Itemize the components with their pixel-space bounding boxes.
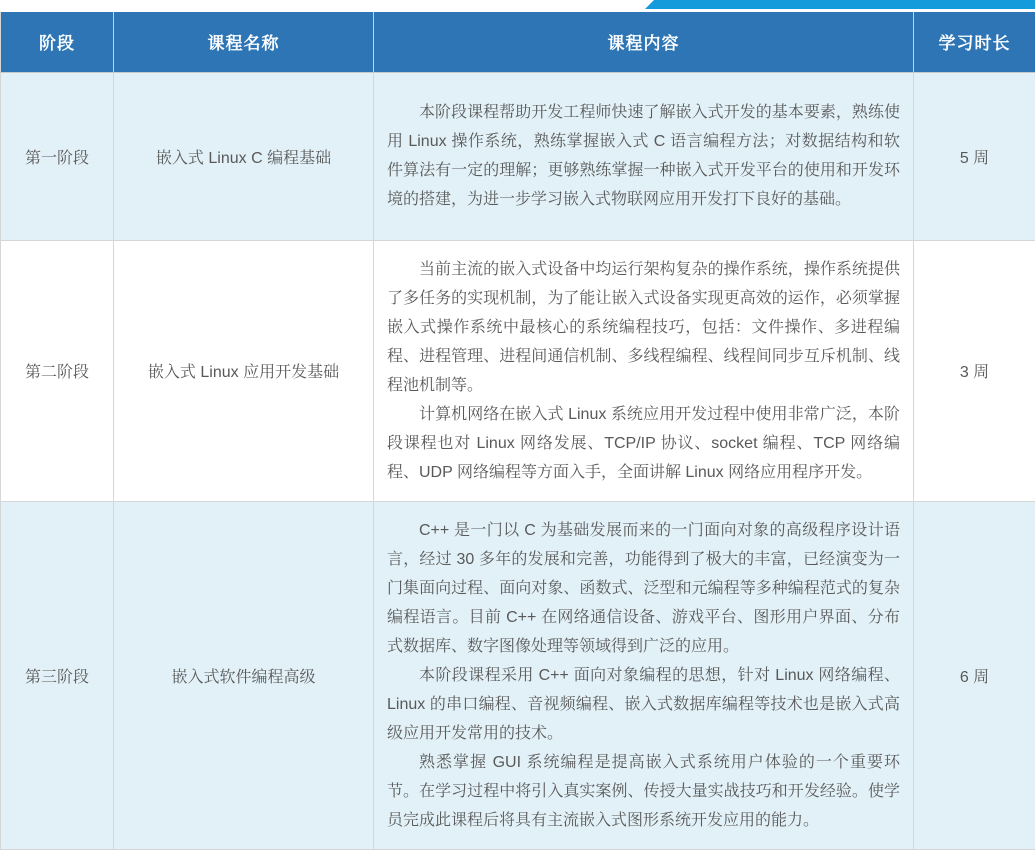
stage-cell: 第一阶段 — [1, 72, 114, 240]
stage-cell: 第二阶段 — [1, 240, 114, 501]
course-name-cell: 嵌入式软件编程高级 — [114, 501, 374, 849]
course-content-cell: C++ 是一门以 C 为基础发展而来的一门面向对象的高级程序设计语言，经过 30… — [374, 501, 914, 849]
course-name-cell: 嵌入式 Linux 应用开发基础 — [114, 240, 374, 501]
header-course-name: 课程名称 — [114, 12, 374, 72]
header-duration: 学习时长 — [914, 12, 1035, 72]
course-content-cell: 当前主流的嵌入式设备中均运行架构复杂的操作系统，操作系统提供了多任务的实现机制，… — [374, 240, 914, 501]
course-schedule-page: 阶段 课程名称 课程内容 学习时长 第一阶段 嵌入式 Linux C 编程基础 … — [0, 0, 1035, 782]
table-row: 第一阶段 嵌入式 Linux C 编程基础 本阶段课程帮助开发工程师快速了解嵌入… — [1, 72, 1035, 240]
duration-cell: 6 周 — [914, 501, 1035, 849]
table-header-row: 阶段 课程名称 课程内容 学习时长 — [1, 12, 1035, 72]
header-course-content: 课程内容 — [374, 12, 914, 72]
content-paragraph: C++ 是一门以 C 为基础发展而来的一门面向对象的高级程序设计语言，经过 30… — [387, 516, 900, 661]
duration-cell: 3 周 — [914, 240, 1035, 501]
content-paragraph: 本阶段课程采用 C++ 面向对象编程的思想，针对 Linux 网络编程、Linu… — [387, 661, 900, 748]
content-paragraph: 计算机网络在嵌入式 Linux 系统应用开发过程中使用非常广泛，本阶段课程也对 … — [387, 400, 900, 487]
top-strip — [0, 0, 1035, 12]
table-row: 第三阶段 嵌入式软件编程高级 C++ 是一门以 C 为基础发展而来的一门面向对象… — [1, 501, 1035, 849]
course-table: 阶段 课程名称 课程内容 学习时长 第一阶段 嵌入式 Linux C 编程基础 … — [0, 12, 1035, 850]
header-stage: 阶段 — [1, 12, 114, 72]
accent-bar — [645, 0, 1035, 9]
course-name-cell: 嵌入式 Linux C 编程基础 — [114, 72, 374, 240]
table-row: 第二阶段 嵌入式 Linux 应用开发基础 当前主流的嵌入式设备中均运行架构复杂… — [1, 240, 1035, 501]
content-paragraph: 当前主流的嵌入式设备中均运行架构复杂的操作系统，操作系统提供了多任务的实现机制，… — [387, 255, 900, 400]
course-content-cell: 本阶段课程帮助开发工程师快速了解嵌入式开发的基本要素，熟练使用 Linux 操作… — [374, 72, 914, 240]
stage-cell: 第三阶段 — [1, 501, 114, 849]
content-paragraph: 熟悉掌握 GUI 系统编程是提高嵌入式系统用户体验的一个重要环节。在学习过程中将… — [387, 748, 900, 835]
content-paragraph: 本阶段课程帮助开发工程师快速了解嵌入式开发的基本要素，熟练使用 Linux 操作… — [387, 98, 900, 214]
duration-cell: 5 周 — [914, 72, 1035, 240]
